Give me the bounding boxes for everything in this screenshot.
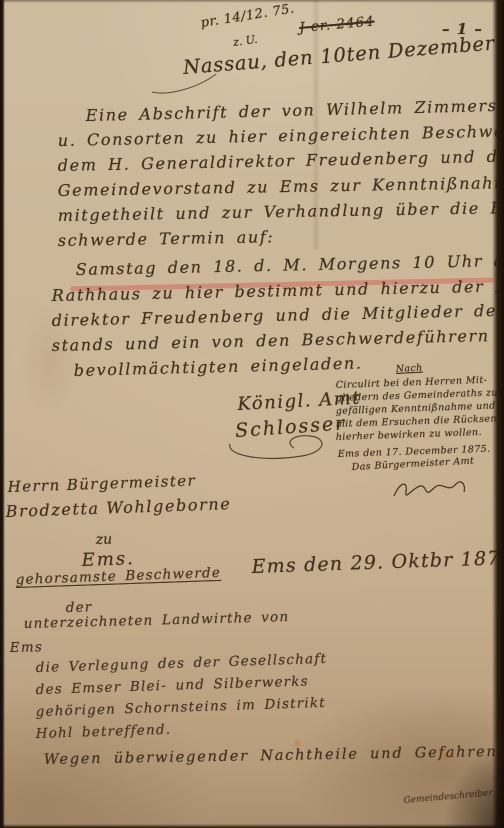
body-line: Rathhaus zu hier bestimmt und hierzu der…: [52, 274, 504, 305]
body-line: u. Consorten zu hier eingereichten Besch…: [58, 120, 504, 150]
body-line-highlighted: Samstag den 18. d. M. Morgens 10 Uhr auf…: [76, 250, 504, 279]
signature-flourish: [224, 428, 334, 462]
petition-opening: Wegen überwiegender Nachtheile und Gefah…: [44, 743, 504, 768]
address-line: zu: [95, 531, 112, 548]
body-line: Gemeindevorstand zu Ems zur Kenntnißnahm…: [58, 173, 504, 200]
registry-note-line1: pr. 14/12. 75.: [200, 1, 296, 31]
body-line: bevollmächtigten eingeladen.: [74, 353, 363, 380]
address-line: Herrn Bürgermeister: [7, 471, 196, 496]
manuscript-page: pr. 14/12. 75. z. U. J er. 2464 – 1 – Na…: [0, 0, 504, 828]
petition-subject: des Emser Blei- und Silberwerks: [35, 673, 309, 698]
body-line: dem H. Generaldirektor Freudenberg und d…: [58, 146, 504, 175]
petition-meta: unterzeichneten Landwirthe von: [24, 609, 290, 632]
dateline: Nassau, den 10ten Dezember 1875.: [182, 26, 504, 79]
address-line: Brodzetta Wohlgeborne: [5, 494, 231, 521]
corner-note: Gemeindeschreiber: [403, 788, 493, 806]
body-line: direktor Freudenberg und die Mitglieder …: [52, 300, 504, 330]
body-line: mitgetheilt und zur Verhandlung über die…: [58, 198, 504, 225]
note-line: hierher bewirken zu wollen.: [336, 427, 482, 443]
body-line: stands und ein von den Beschwerdeführern…: [52, 325, 504, 355]
note-heading: Nach: [395, 363, 423, 375]
dateline-flourish: [150, 70, 220, 96]
petition-subject: Hohl betreffend.: [35, 722, 171, 742]
registry-note-line2: z. U.: [232, 33, 258, 49]
photo-edge-top: [0, 0, 504, 3]
photo-edge-bottom: [0, 824, 504, 828]
photo-edge-left: [0, 0, 5, 828]
body-line: Eine Abschrift der von Wilhelm Zimmersch…: [86, 95, 504, 125]
petition-subject: gehörigen Schornsteins im Distrikt: [35, 695, 326, 720]
registry-crossed-out: J er. 2464: [299, 13, 376, 36]
petition-title: gehorsamste Beschwerde: [15, 565, 221, 588]
buergermeister-signature-scrawl: [390, 476, 470, 502]
petition-dateline: Ems den 29. Oktbr 1875.: [251, 547, 504, 578]
body-line: schwerde Termin auf:: [58, 227, 275, 250]
petition-subject: die Verlegung des der Gesellschaft: [35, 651, 327, 676]
petition-meta: Ems: [10, 639, 44, 656]
